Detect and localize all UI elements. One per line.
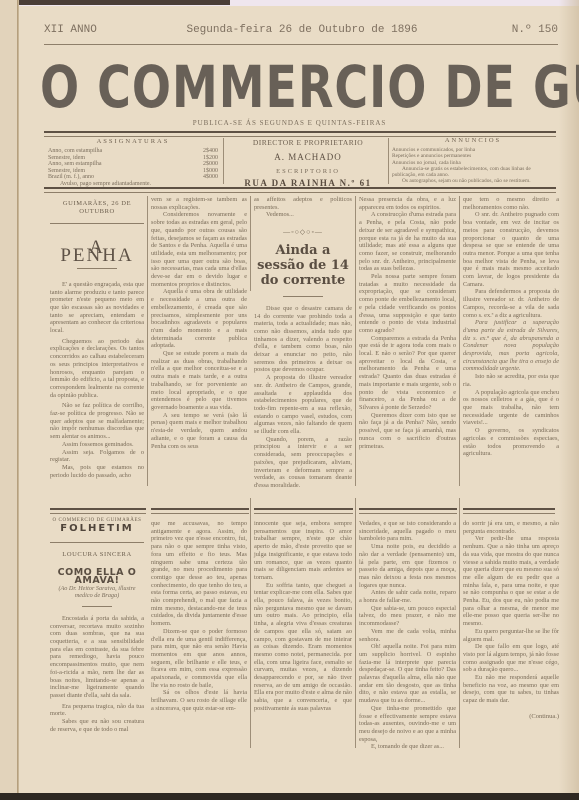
subscription-row: Anno, sem estampilha2$000 [48, 161, 218, 168]
paragraph: Eu soffria tanto, que cheguei a tentar e… [254, 582, 352, 713]
paragraph: Sabes que eu não sou creatura de reserva… [50, 718, 144, 733]
paragraph: O snr. dr. Antheiro pugnado com boa vont… [463, 211, 559, 288]
column-4: Nessa presencia da obra, e a luz apparec… [359, 196, 456, 450]
paragraph: Nessa presencia da obra, e a luz apparec… [359, 196, 456, 211]
paragraph: Pela nossa parte sempre foram tratadas a… [359, 273, 456, 335]
column-divider [250, 196, 251, 291]
paragraph: A seu tempo se verá (são lá penas) quem … [151, 412, 247, 451]
issue-number: N.º 150 [512, 24, 558, 36]
paragraph: Para justificar a superação d'uma parte … [463, 319, 559, 373]
paragraph: A construcção d'uma estrada para a Penha… [359, 211, 456, 273]
subscription-row: Anno, com estampilha2$400 [48, 148, 218, 155]
paragraph: que me accusavas, no tempo antigamente e… [151, 520, 247, 628]
to-be-continued: (Continua.) [463, 713, 559, 721]
paragraph: que tem o mesmo direito a melhoramentos … [463, 196, 559, 211]
paragraph: Assim seja. Folgamos de o registar. [50, 449, 144, 464]
column-5: que tem o mesmo direito a melhoramentos … [463, 196, 559, 458]
paragraph: Uma noite pois, eu decidido a não dar a … [359, 543, 456, 589]
paragraph: Mas, pois que estamos no periodo lucido … [50, 464, 144, 479]
column-5-lower: do sorrir já era um, e mesmo, a não perg… [463, 520, 559, 721]
article-title: A PENHA [50, 244, 144, 259]
office-label: ESCRIPTORIO [228, 168, 388, 175]
paragraph: Quando, porem, a razão principiou a inte… [254, 436, 352, 490]
publication-schedule: PUBLICA-SE ÁS SEGUNDAS E QUINTAS-FEIRAS [0, 119, 579, 127]
ornament-divider: —◦○◇○◦— [254, 229, 352, 237]
paragraph: Que sabia-se, um pouco especial talvez, … [359, 605, 456, 628]
column-1: GUIMARÃES, 26 DE OUTUBRO A PENHA E' a qu… [50, 200, 144, 479]
story-dedication: (Ao Dr. Heitor Saraiva, illustre medico … [50, 585, 144, 600]
subscription-price: 2$400 [203, 148, 218, 155]
paragraph: vem se a registem-se tambem as nossas ex… [151, 196, 247, 211]
paragraph: as affeitos adeptos e politicos presente… [254, 196, 352, 211]
column-3: as affeitos adeptos e politicos presente… [254, 196, 352, 490]
feuilleton-genre: LOUCURA SINCERA [50, 551, 144, 559]
subscription-price: 2$000 [203, 161, 218, 168]
paragraph: Que se estude porem a mais da realizar a… [151, 350, 247, 412]
scan-top-edge-dark [0, 0, 230, 5]
paragraph: Eu não me responderá aquelle beneficio n… [463, 674, 559, 705]
rule [283, 296, 323, 297]
feuilleton-rule [50, 508, 146, 514]
column-divider [355, 196, 356, 486]
newspaper-page: XII ANNO Segunda-feira 26 de Outubro de … [0, 0, 579, 800]
paragraph: Não se faz política de corrilho, faz-se … [50, 402, 144, 441]
story-title: COMO ELLA O AMAVA! [50, 569, 144, 584]
column-divider [459, 498, 460, 748]
subscription-row: Semestre, idem1$200 [48, 155, 218, 162]
section-rule [463, 508, 555, 514]
paragraph: Eu quero perguntar-lhe se lhe fôr alguem… [463, 628, 559, 643]
signature: Vedemos... [254, 211, 352, 219]
paragraph: Era pequena tragica, não da tua morte. [50, 703, 144, 718]
ads-title: ANNUNCIOS [392, 138, 554, 144]
rule [50, 223, 144, 224]
paragraph: O governo, os syndicatos agricolas e com… [463, 427, 559, 458]
subscription-row: Brazil (m. f.), anno4$000 [48, 174, 218, 181]
paragraph: Para defendermos a proposta do illustre … [463, 288, 559, 319]
section-rule [254, 508, 353, 514]
paragraph: Isto não se acredita, por esta que ria. [463, 373, 559, 388]
paragraph: Vedades, e que se isto considerando a si… [359, 520, 456, 543]
paragraph: Assim fossemos geminados. [50, 441, 144, 449]
feuilleton: O COMMERCIO DE GUIMARÃES FOLHETIM LOUCUR… [50, 517, 144, 733]
paragraph: Aquella é uma obra de utilidade e necess… [151, 288, 247, 350]
ads-line: Os autographos, sejam ou não publicados,… [392, 178, 554, 184]
paragraph: A população agricola que encheu os nosso… [463, 389, 559, 428]
director-role: DIRECTOR E PROPRIETARIO [228, 138, 388, 147]
info-divider [223, 138, 224, 184]
column-divider [355, 498, 356, 748]
column-2-lower: que me accusavas, no tempo antigamente e… [151, 520, 247, 713]
paragraph: Antes de sahir cada noite, reparo a honr… [359, 589, 456, 604]
column-4-lower: Vedades, e que se isto considerando a si… [359, 520, 456, 751]
year-label: XII ANNO [44, 24, 97, 36]
column-2: vem se a registem-se tambem as nossas ex… [151, 196, 247, 450]
section-rule [151, 508, 249, 514]
paragraph: Encostada á porta da sahida, a conversar… [50, 615, 144, 700]
paragraph: Que tinha-me promettido que fosse e effe… [359, 705, 456, 744]
subscription-label: Semestre, idem [48, 155, 85, 162]
info-divider [388, 138, 389, 184]
article-dateline: GUIMARÃES, 26 DE OUTUBRO [50, 200, 144, 215]
feuilleton-label: FOLHETIM [50, 525, 144, 533]
rule [50, 542, 144, 543]
paragraph: Cheguemos ao periodo das explicações e d… [50, 338, 144, 400]
header-rule [44, 44, 558, 45]
article-title: Ainda a sessão de 14 do corrente [254, 243, 352, 288]
rule [82, 606, 112, 607]
subscriptions-box: ASSIGNATURAS Anno, com estampilha2$400 S… [48, 138, 218, 188]
column-3-lower: innocente que seja, embora sempre pensam… [254, 520, 352, 713]
paragraph: do sorrir já era um, e mesmo, a não perg… [463, 520, 559, 535]
subscription-label: Brazil (m. f.), anno [48, 174, 94, 181]
paragraph: Vem me de cada volta, minha senhora. [359, 628, 456, 643]
rule [77, 268, 117, 269]
subscription-price: 4$000 [203, 174, 218, 181]
info-rule [44, 187, 556, 193]
paragraph: Ver pedir-lhe uma resposta nenhum. Que a… [463, 535, 559, 627]
ads-line: Annuncia-se gratis os estabelecimentos, … [392, 166, 554, 178]
paragraph: Oh! aquella noite. Foi para mim um suppl… [359, 643, 456, 705]
ads-box: ANNUNCIOS Annuncios e communicados, por … [392, 138, 554, 184]
subscriptions-title: ASSIGNATURAS [48, 138, 218, 145]
paragraph: E, tomando de que dizer as... [359, 743, 456, 751]
paragraph: Comparemos a estrada da Penha que está d… [359, 335, 456, 412]
paragraph: Consideremos novamente e sobre todas as … [151, 211, 247, 288]
subscription-label: Anno, sem estampilha [48, 161, 102, 168]
scan-bottom-edge [0, 793, 579, 800]
paragraph: innocente que seja, embora sempre pensam… [254, 520, 352, 582]
paragraph: Queremos dizer com isto que se não faça … [359, 412, 456, 451]
subscription-label: Anno, com estampilha [48, 148, 102, 155]
paragraph: Disse que o desastre camara de 14 do cor… [254, 305, 352, 374]
director-box: DIRECTOR E PROPRIETARIO A. MACHADO ESCRI… [228, 138, 388, 188]
paragraph: Sá os olhos d'este lá havia brilhavam. O… [151, 689, 247, 712]
section-rule [359, 508, 457, 514]
column-divider [459, 196, 460, 486]
paragraph: A proposta do illustre vereador snr. dr.… [254, 374, 352, 436]
paragraph: E' a questão engraçada, esta que tanto a… [50, 281, 144, 335]
paragraph: Dizem-se que o poder formoso d'ella era … [151, 628, 247, 690]
director-name: A. MACHADO [228, 152, 388, 162]
dateline: XII ANNO Segunda-feira 26 de Outubro de … [44, 24, 558, 38]
column-divider [250, 498, 251, 748]
paragraph: De que fallo em que logo, até visto por … [463, 643, 559, 674]
column-divider [147, 196, 148, 486]
issue-date: Segunda-feira 26 de Outubro de 1896 [182, 24, 422, 36]
